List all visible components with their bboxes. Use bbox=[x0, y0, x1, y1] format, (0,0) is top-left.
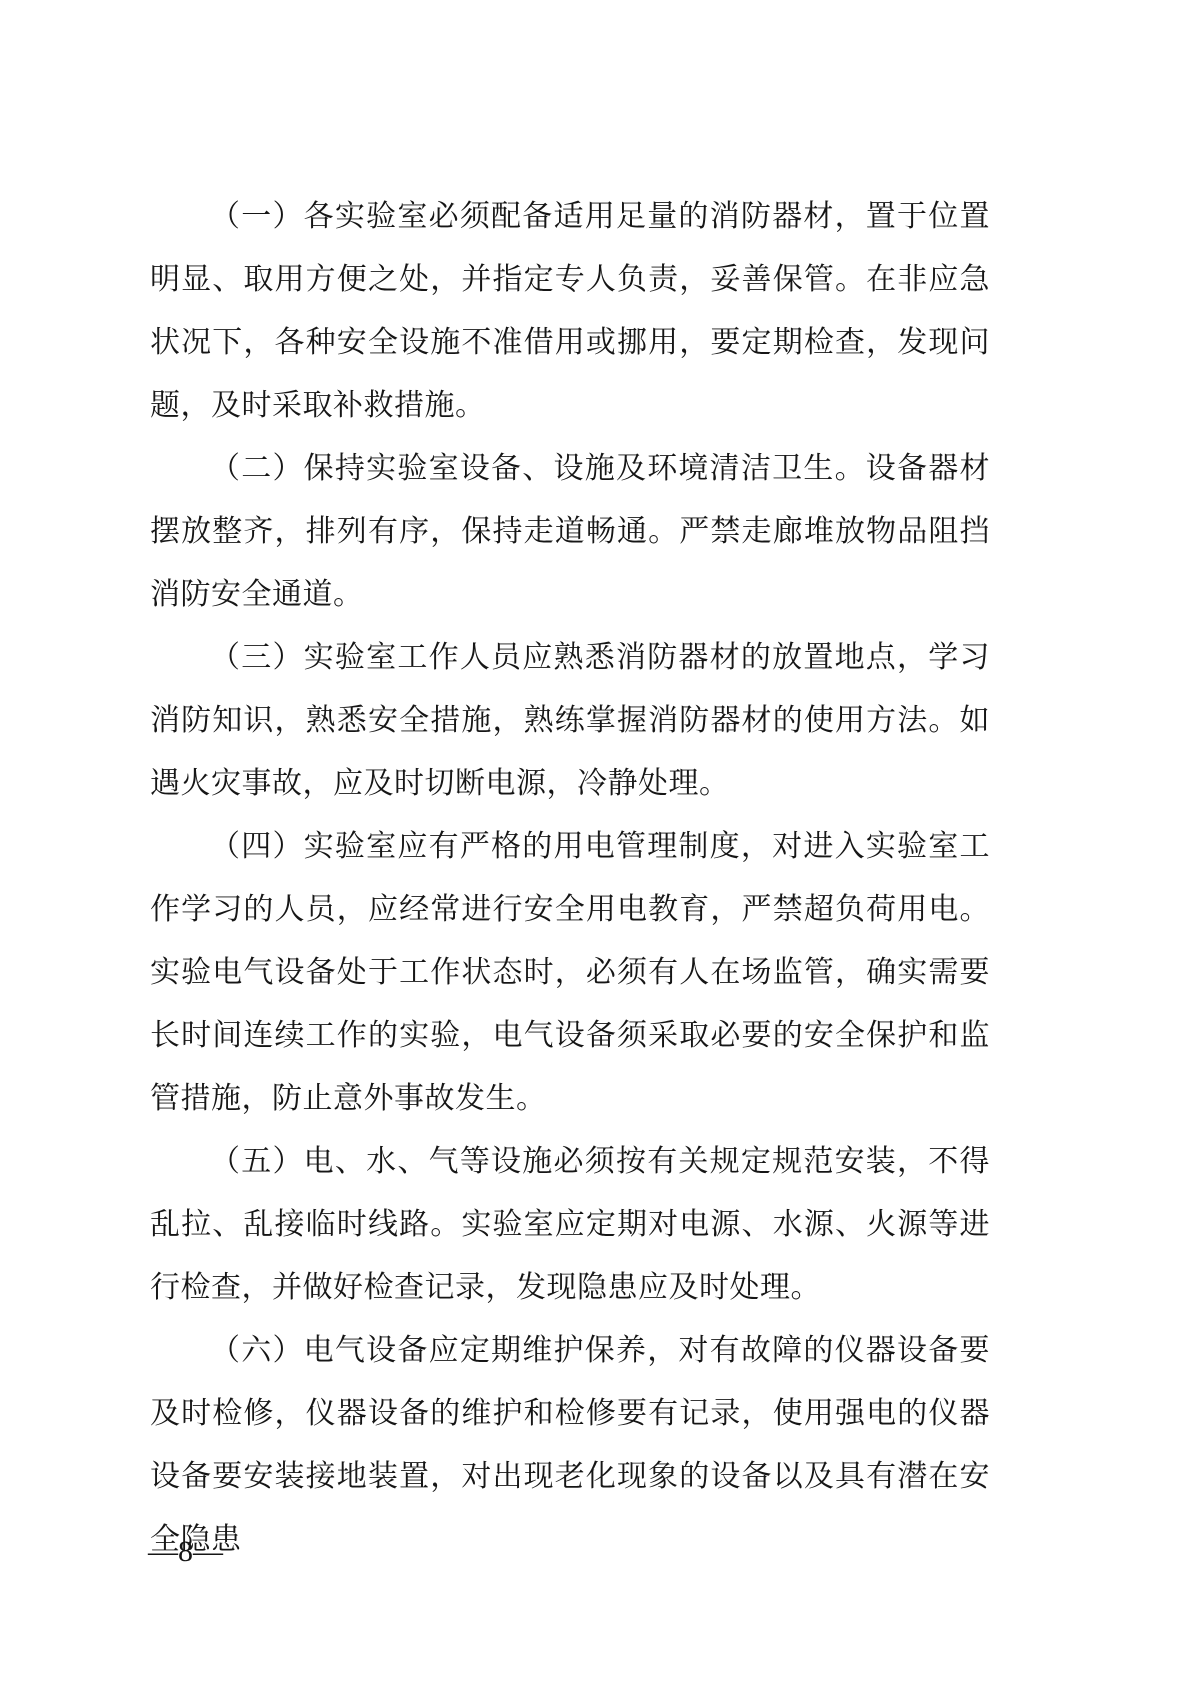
paragraph-item-1: （一）各实验室必须配备适用足量的消防器材，置于位置明显、取用方便之处，并指定专人… bbox=[150, 185, 990, 437]
document-page: （一）各实验室必须配备适用足量的消防器材，置于位置明显、取用方便之处，并指定专人… bbox=[0, 0, 1191, 1684]
paragraph-item-2: （二）保持实验室设备、设施及环境清洁卫生。设备器材摆放整齐，排列有序，保持走道畅… bbox=[150, 437, 990, 626]
paragraph-item-5: （五）电、水、气等设施必须按有关规定规范安装，不得乱拉、乱接临时线路。实验室应定… bbox=[150, 1130, 990, 1319]
document-body: （一）各实验室必须配备适用足量的消防器材，置于位置明显、取用方便之处，并指定专人… bbox=[150, 185, 990, 1571]
page-number: —8— bbox=[148, 1528, 223, 1576]
paragraph-item-6: （六）电气设备应定期维护保养，对有故障的仪器设备要及时检修，仪器设备的维护和检修… bbox=[150, 1319, 990, 1571]
paragraph-item-3: （三）实验室工作人员应熟悉消防器材的放置地点，学习消防知识，熟悉安全措施，熟练掌… bbox=[150, 626, 990, 815]
paragraph-item-4: （四）实验室应有严格的用电管理制度，对进入实验室工作学习的人员，应经常进行安全用… bbox=[150, 815, 990, 1130]
